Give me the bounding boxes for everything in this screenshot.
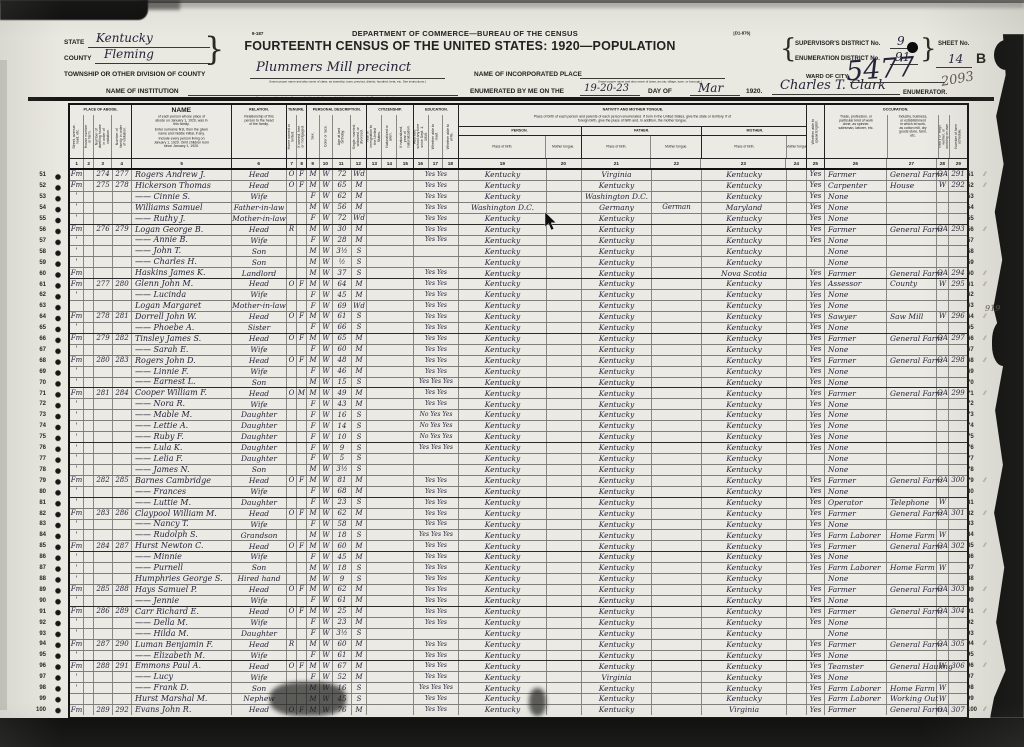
cell-ind: General Farm (887, 585, 937, 595)
cell-pft (652, 443, 702, 453)
enumerator-label: ENUMERATOR. (903, 90, 947, 96)
cell-fa: 286 (113, 509, 132, 519)
township-label: TOWNSHIP OR OTHER DIVISION OF COUNTY (64, 71, 205, 78)
pencil-tick (984, 399, 998, 410)
cell-farm (949, 487, 967, 497)
cell-age: 30 (333, 225, 352, 235)
cell-pm: Kentucky (702, 312, 787, 322)
cell-pm: Kentucky (702, 443, 787, 453)
cell-occ: Sawyer (825, 312, 887, 322)
cell-mtg (297, 618, 307, 628)
cell-cit (367, 268, 414, 278)
cell-hn (84, 334, 94, 344)
cell-fa: 277 (113, 170, 132, 180)
cell-pm: Kentucky (702, 421, 787, 431)
mother-tongue-label: Mother tongue. (787, 136, 807, 158)
pencil-tick (984, 694, 998, 705)
table-row: '—— Luttie M.DaughterFW23SYes YesKentuck… (70, 498, 967, 509)
cell-cls (937, 345, 949, 355)
cell-occ: None (825, 672, 887, 682)
cell-mtg (297, 465, 307, 475)
cell-cit (367, 509, 414, 519)
table-row: '—— Earnest L.SonMW15SYes Yes YesKentuck… (70, 378, 967, 389)
cell-st: Fm (70, 181, 84, 191)
cell-pbt (547, 345, 582, 355)
cell-ten (287, 345, 297, 355)
table-row: '—— Lettie A.DaughterFW14SNo Yes YesKent… (70, 421, 967, 432)
cell-eng: Yes (807, 487, 825, 497)
cell-hn (84, 170, 94, 180)
table-row: Fm280283Rogers John D.HeadOFMW48MYes Yes… (70, 356, 967, 367)
cell-rel: Wife (232, 487, 287, 497)
cell-eng: Yes (807, 509, 825, 519)
header-note: Include every person living on January 1… (132, 137, 231, 151)
cell-race: W (320, 257, 333, 267)
cell-ten (287, 192, 297, 202)
cell-ten: O (287, 585, 297, 595)
cell-pft (652, 530, 702, 540)
header-note: Enter surname first, then the given name… (132, 128, 231, 137)
cell-occ: Farmer (825, 509, 887, 519)
cell-dw: 279 (94, 334, 113, 344)
cell-mar: M (352, 225, 367, 235)
district-brace-right: } (920, 34, 937, 64)
column-number: 1 (70, 159, 84, 168)
cell-farm: 298 (949, 356, 967, 366)
line-number: 78 (30, 464, 46, 475)
cell-fa (113, 246, 132, 256)
cell-eng: Yes (807, 530, 825, 540)
cell-ind: General Farm (887, 268, 937, 278)
cell-pf: Kentucky (582, 596, 652, 606)
line-number: 57 (967, 235, 983, 246)
pencil-tick: ⁄⁄ (984, 508, 998, 519)
cell-farm: 304 (949, 607, 967, 617)
cell-ed: Yes Yes (414, 225, 459, 235)
cell-occ: Farmer (825, 541, 887, 551)
cell-ed: Yes Yes (414, 388, 459, 398)
cell-farm: 299 (949, 388, 967, 398)
cell-cls: OA (937, 268, 949, 278)
column-number: 5 (132, 159, 231, 168)
cell-dw (94, 683, 113, 693)
cell-race: W (320, 421, 333, 431)
column-group-citizenship: CITIZENSHIP.Year of immigration to the U… (367, 105, 414, 168)
cell-fa: 288 (113, 585, 132, 595)
line-number: 66 (967, 334, 983, 345)
cell-mtg: F (297, 476, 307, 486)
cell-ind: Saw Mill (887, 312, 937, 322)
cell-eng: Yes (807, 607, 825, 617)
cell-age: 61 (333, 651, 352, 661)
cell-pm: Kentucky (702, 236, 787, 246)
pencil-tick (984, 454, 998, 465)
cell-pb: Kentucky (459, 596, 547, 606)
cell-ind (887, 345, 937, 355)
line-number: 60 (967, 268, 983, 279)
table-row: Fm275278Hickerson ThomasHeadOFMW65MYes Y… (70, 181, 967, 192)
column-label: Number of dwelling house in order of vis… (94, 115, 113, 158)
supervisor-value: 9 (897, 34, 905, 48)
cell-race: W (320, 596, 333, 606)
cell-ed: Yes Yes (414, 498, 459, 508)
cell-pmt (787, 498, 807, 508)
cell-race: W (320, 432, 333, 442)
pencil-tick: ⁄⁄ (984, 541, 998, 552)
cell-name: —— Luttie M. (132, 498, 232, 508)
column-number: 22 (651, 159, 701, 168)
cell-mtg (297, 672, 307, 682)
column-number: 3 (94, 159, 113, 168)
cell-fa (113, 345, 132, 355)
cell-pmt (787, 301, 807, 311)
cell-fa (113, 378, 132, 388)
column-number: 24 (786, 159, 806, 168)
cell-farm (949, 443, 967, 453)
line-number: 71 (30, 388, 46, 399)
cell-mar: M (352, 607, 367, 617)
cell-pmt (787, 388, 807, 398)
cell-hn (84, 498, 94, 508)
cell-eng: Yes (807, 290, 825, 300)
cell-cls: W (937, 279, 949, 289)
column-number: 6 (232, 159, 286, 168)
cell-race: W (320, 476, 333, 486)
cell-pft (652, 236, 702, 246)
cell-ind (887, 367, 937, 377)
cell-mar: M (352, 672, 367, 682)
line-number: 100 (967, 704, 983, 715)
cell-pb: Kentucky (459, 356, 547, 366)
cell-race: W (320, 399, 333, 409)
cell-pbt (547, 388, 582, 398)
cell-farm: 296 (949, 312, 967, 322)
cell-cit (367, 476, 414, 486)
cell-mar: S (352, 465, 367, 475)
cell-eng: Yes (807, 388, 825, 398)
column-number: 28 (937, 159, 949, 168)
cell-dw (94, 410, 113, 420)
cell-eng: Yes (807, 345, 825, 355)
line-number: 99 (967, 694, 983, 705)
ink-smudge (270, 682, 346, 716)
cell-farm (949, 629, 967, 639)
cell-cls (937, 596, 949, 606)
cell-hn (84, 378, 94, 388)
line-number: 95 (967, 650, 983, 661)
cell-mar: M (352, 334, 367, 344)
cell-pft (652, 301, 702, 311)
column-number: 18 (443, 159, 458, 168)
cell-fa (113, 520, 132, 530)
cell-ed: Yes Yes (414, 651, 459, 661)
cell-pft (652, 290, 702, 300)
cell-rel: Grandson (232, 530, 287, 540)
cell-hn (84, 432, 94, 442)
cell-pb: Washington D.C. (459, 203, 547, 213)
cell-pm: Kentucky (702, 323, 787, 333)
doc-code: [D1-876] (733, 32, 750, 36)
column-number: 7 (287, 159, 297, 168)
cell-ten: O (287, 170, 297, 180)
cell-ten (287, 257, 297, 267)
cell-ind: House (887, 181, 937, 191)
cell-sex: M (307, 607, 320, 617)
cell-st: Fm (70, 356, 84, 366)
pencil-tick (984, 672, 998, 683)
cell-dw: 284 (94, 541, 113, 551)
cell-ind: General Hauling (887, 661, 937, 671)
cell-sex: F (307, 651, 320, 661)
cell-sex: M (307, 203, 320, 213)
cell-age: 10 (333, 432, 352, 442)
cell-fa (113, 563, 132, 573)
line-number: 53 (30, 192, 46, 203)
cell-eng: Yes (807, 378, 825, 388)
cell-sex: M (307, 661, 320, 671)
cell-st (70, 301, 84, 311)
line-number: 91 (967, 606, 983, 617)
cell-ind: General Farm (887, 225, 937, 235)
cell-pmt (787, 257, 807, 267)
cell-occ: None (825, 246, 887, 256)
cell-sex: M (307, 181, 320, 191)
cell-mtg (297, 563, 307, 573)
cell-hn (84, 520, 94, 530)
cell-ten (287, 410, 297, 420)
cell-ten (287, 487, 297, 497)
cell-st: Fm (70, 388, 84, 398)
cell-ten (287, 399, 297, 409)
cell-pmt (787, 661, 807, 671)
cell-mtg (297, 552, 307, 562)
cell-pm: Kentucky (702, 192, 787, 202)
cell-pm: Kentucky (702, 170, 787, 180)
cell-sex: F (307, 498, 320, 508)
cell-farm (949, 323, 967, 333)
cell-ed: No Yes Yes (414, 421, 459, 431)
column-label: Attended school any time since Sept. 1, … (414, 115, 429, 158)
cell-mar: M (352, 236, 367, 246)
cell-dw (94, 465, 113, 475)
cell-pf: Kentucky (582, 465, 652, 475)
cell-race: W (320, 192, 333, 202)
cell-mar: M (352, 487, 367, 497)
cell-name: —— Cinnie S. (132, 192, 232, 202)
cell-mtg (297, 574, 307, 584)
column-group-education: EDUCATION.Attended school any time since… (414, 105, 459, 168)
cell-mtg (297, 410, 307, 420)
cell-ten: O (287, 476, 297, 486)
cell-eng: Yes (807, 203, 825, 213)
column-label: Whether able to write. (443, 115, 458, 158)
line-number: 92 (967, 617, 983, 628)
pencil-tick: ⁄⁄ (984, 704, 998, 715)
cell-pbt (547, 552, 582, 562)
cell-mtg (297, 290, 307, 300)
cell-hn (84, 192, 94, 202)
cell-pb: Kentucky (459, 509, 547, 519)
line-number: 81 (30, 497, 46, 508)
cell-pft (652, 552, 702, 562)
cell-ten: O (287, 607, 297, 617)
cell-sex: F (307, 192, 320, 202)
cell-race: W (320, 640, 333, 650)
line-number: 62 (967, 290, 983, 301)
pencil-tick (984, 650, 998, 661)
cell-rel: Head (232, 607, 287, 617)
cell-age: 3½ (333, 465, 352, 475)
table-top-rule (28, 97, 994, 101)
cell-occ: Farmer (825, 585, 887, 595)
cell-occ: Operator (825, 498, 887, 508)
cell-pbt (547, 574, 582, 584)
pencil-tick (984, 410, 998, 421)
cell-pb: Kentucky (459, 476, 547, 486)
cell-ind (887, 443, 937, 453)
cell-sex: M (307, 312, 320, 322)
cell-occ: Farmer (825, 476, 887, 486)
cell-farm (949, 498, 967, 508)
cell-st: ' (70, 236, 84, 246)
cell-farm (949, 192, 967, 202)
cell-pm: Kentucky (702, 214, 787, 224)
column-label: Street, avenue, road, etc. (70, 115, 84, 158)
cell-pb: Kentucky (459, 399, 547, 409)
cell-dw (94, 651, 113, 661)
cell-pm: Kentucky (702, 345, 787, 355)
cell-pmt (787, 705, 807, 715)
cell-farm (949, 421, 967, 431)
pencil-tick: ⁄⁄ (984, 388, 998, 399)
cell-name: —— Jennie (132, 596, 232, 606)
cell-mtg: M (297, 388, 307, 398)
column-group-title: NATIVITY AND MOTHER TONGUE. (459, 105, 806, 115)
cell-cls (937, 257, 949, 267)
cell-mtg: F (297, 607, 307, 617)
cell-fa (113, 214, 132, 224)
cell-fa: 282 (113, 334, 132, 344)
cell-cit (367, 563, 414, 573)
column-label: If owned, free or mortgaged. (297, 115, 306, 158)
line-number: 99 (30, 694, 46, 705)
cell-ten (287, 454, 297, 464)
table-row: Logan MargaretMother-in-lawFW69WdYes Yes… (70, 301, 967, 312)
pencil-tick: ⁄⁄ (984, 334, 998, 345)
cell-ind (887, 301, 937, 311)
cell-pm: Kentucky (702, 454, 787, 464)
cell-pm: Kentucky (702, 246, 787, 256)
cell-pmt (787, 290, 807, 300)
scan-black-corner (0, 0, 148, 20)
ink-smudge (529, 688, 546, 716)
column-label: Single, married, widowed, or divorced. (351, 115, 366, 158)
cell-age: 60 (333, 640, 352, 650)
cell-cls: OA (937, 476, 949, 486)
cell-pm: Kentucky (702, 465, 787, 475)
cell-mar: M (352, 290, 367, 300)
cell-cls: W (937, 498, 949, 508)
cell-cit (367, 552, 414, 562)
cell-cit (367, 640, 414, 650)
cell-cls (937, 574, 949, 584)
cell-pmt (787, 683, 807, 693)
line-number: 85 (30, 541, 46, 552)
cell-dw (94, 596, 113, 606)
cell-st: ' (70, 257, 84, 267)
sheet-value: 14 (948, 52, 963, 66)
cell-pb: Kentucky (459, 367, 547, 377)
cell-pm: Kentucky (702, 607, 787, 617)
cell-pf: Kentucky (582, 443, 652, 453)
cell-farm (949, 465, 967, 475)
cell-ten (287, 214, 297, 224)
cell-pf: Kentucky (582, 629, 652, 639)
cell-cit (367, 323, 414, 333)
cell-name: —— Lucinda (132, 290, 232, 300)
cell-ten (287, 203, 297, 213)
cell-dw (94, 443, 113, 453)
line-number: 82 (30, 508, 46, 519)
cell-race: W (320, 388, 333, 398)
line-number: 55 (30, 214, 46, 225)
cell-fa: 278 (113, 181, 132, 191)
line-number: 71 (967, 388, 983, 399)
cell-pft (652, 640, 702, 650)
cell-name: —— Ruthy J. (132, 214, 232, 224)
column-number: 16 (414, 159, 429, 168)
cell-pft (652, 694, 702, 704)
table-row: '—— Lula K.DaughterFW9SYes Yes YesKentuc… (70, 443, 967, 454)
line-number: 64 (30, 312, 46, 323)
cell-name: Claypool William M. (132, 509, 232, 519)
cell-race: W (320, 661, 333, 671)
cell-pmt (787, 465, 807, 475)
line-number: 65 (967, 323, 983, 334)
cell-pft (652, 509, 702, 519)
cell-mar: S (352, 410, 367, 420)
county-underline (95, 62, 210, 64)
cell-pm: Maryland (702, 203, 787, 213)
incorporated-label: NAME OF INCORPORATED PLACE (474, 71, 582, 78)
cell-ind (887, 236, 937, 246)
cell-farm (949, 257, 967, 267)
cell-rel: Wife (232, 399, 287, 409)
cell-occ: Farm Laborer (825, 563, 887, 573)
cell-pf: Kentucky (582, 498, 652, 508)
cell-mtg: F (297, 170, 307, 180)
cell-st: ' (70, 367, 84, 377)
cell-race: W (320, 290, 333, 300)
cell-pm: Kentucky (702, 629, 787, 639)
line-number: 87 (30, 563, 46, 574)
column-number: 10 (320, 159, 333, 168)
cell-ind (887, 203, 937, 213)
cell-sex: M (307, 585, 320, 595)
cell-rel: Wife (232, 290, 287, 300)
cell-ed: Yes Yes (414, 574, 459, 584)
scan-top-edge (0, 0, 1024, 3)
cell-cls (937, 487, 949, 497)
cell-occ: Teamster (825, 661, 887, 671)
cell-mtg (297, 530, 307, 540)
cell-cit (367, 410, 414, 420)
cell-ed: Yes Yes (414, 170, 459, 180)
cell-sex: M (307, 279, 320, 289)
cell-pf: Kentucky (582, 454, 652, 464)
pencil-tick: ⁄⁄ (984, 279, 998, 290)
cell-ten (287, 323, 297, 333)
